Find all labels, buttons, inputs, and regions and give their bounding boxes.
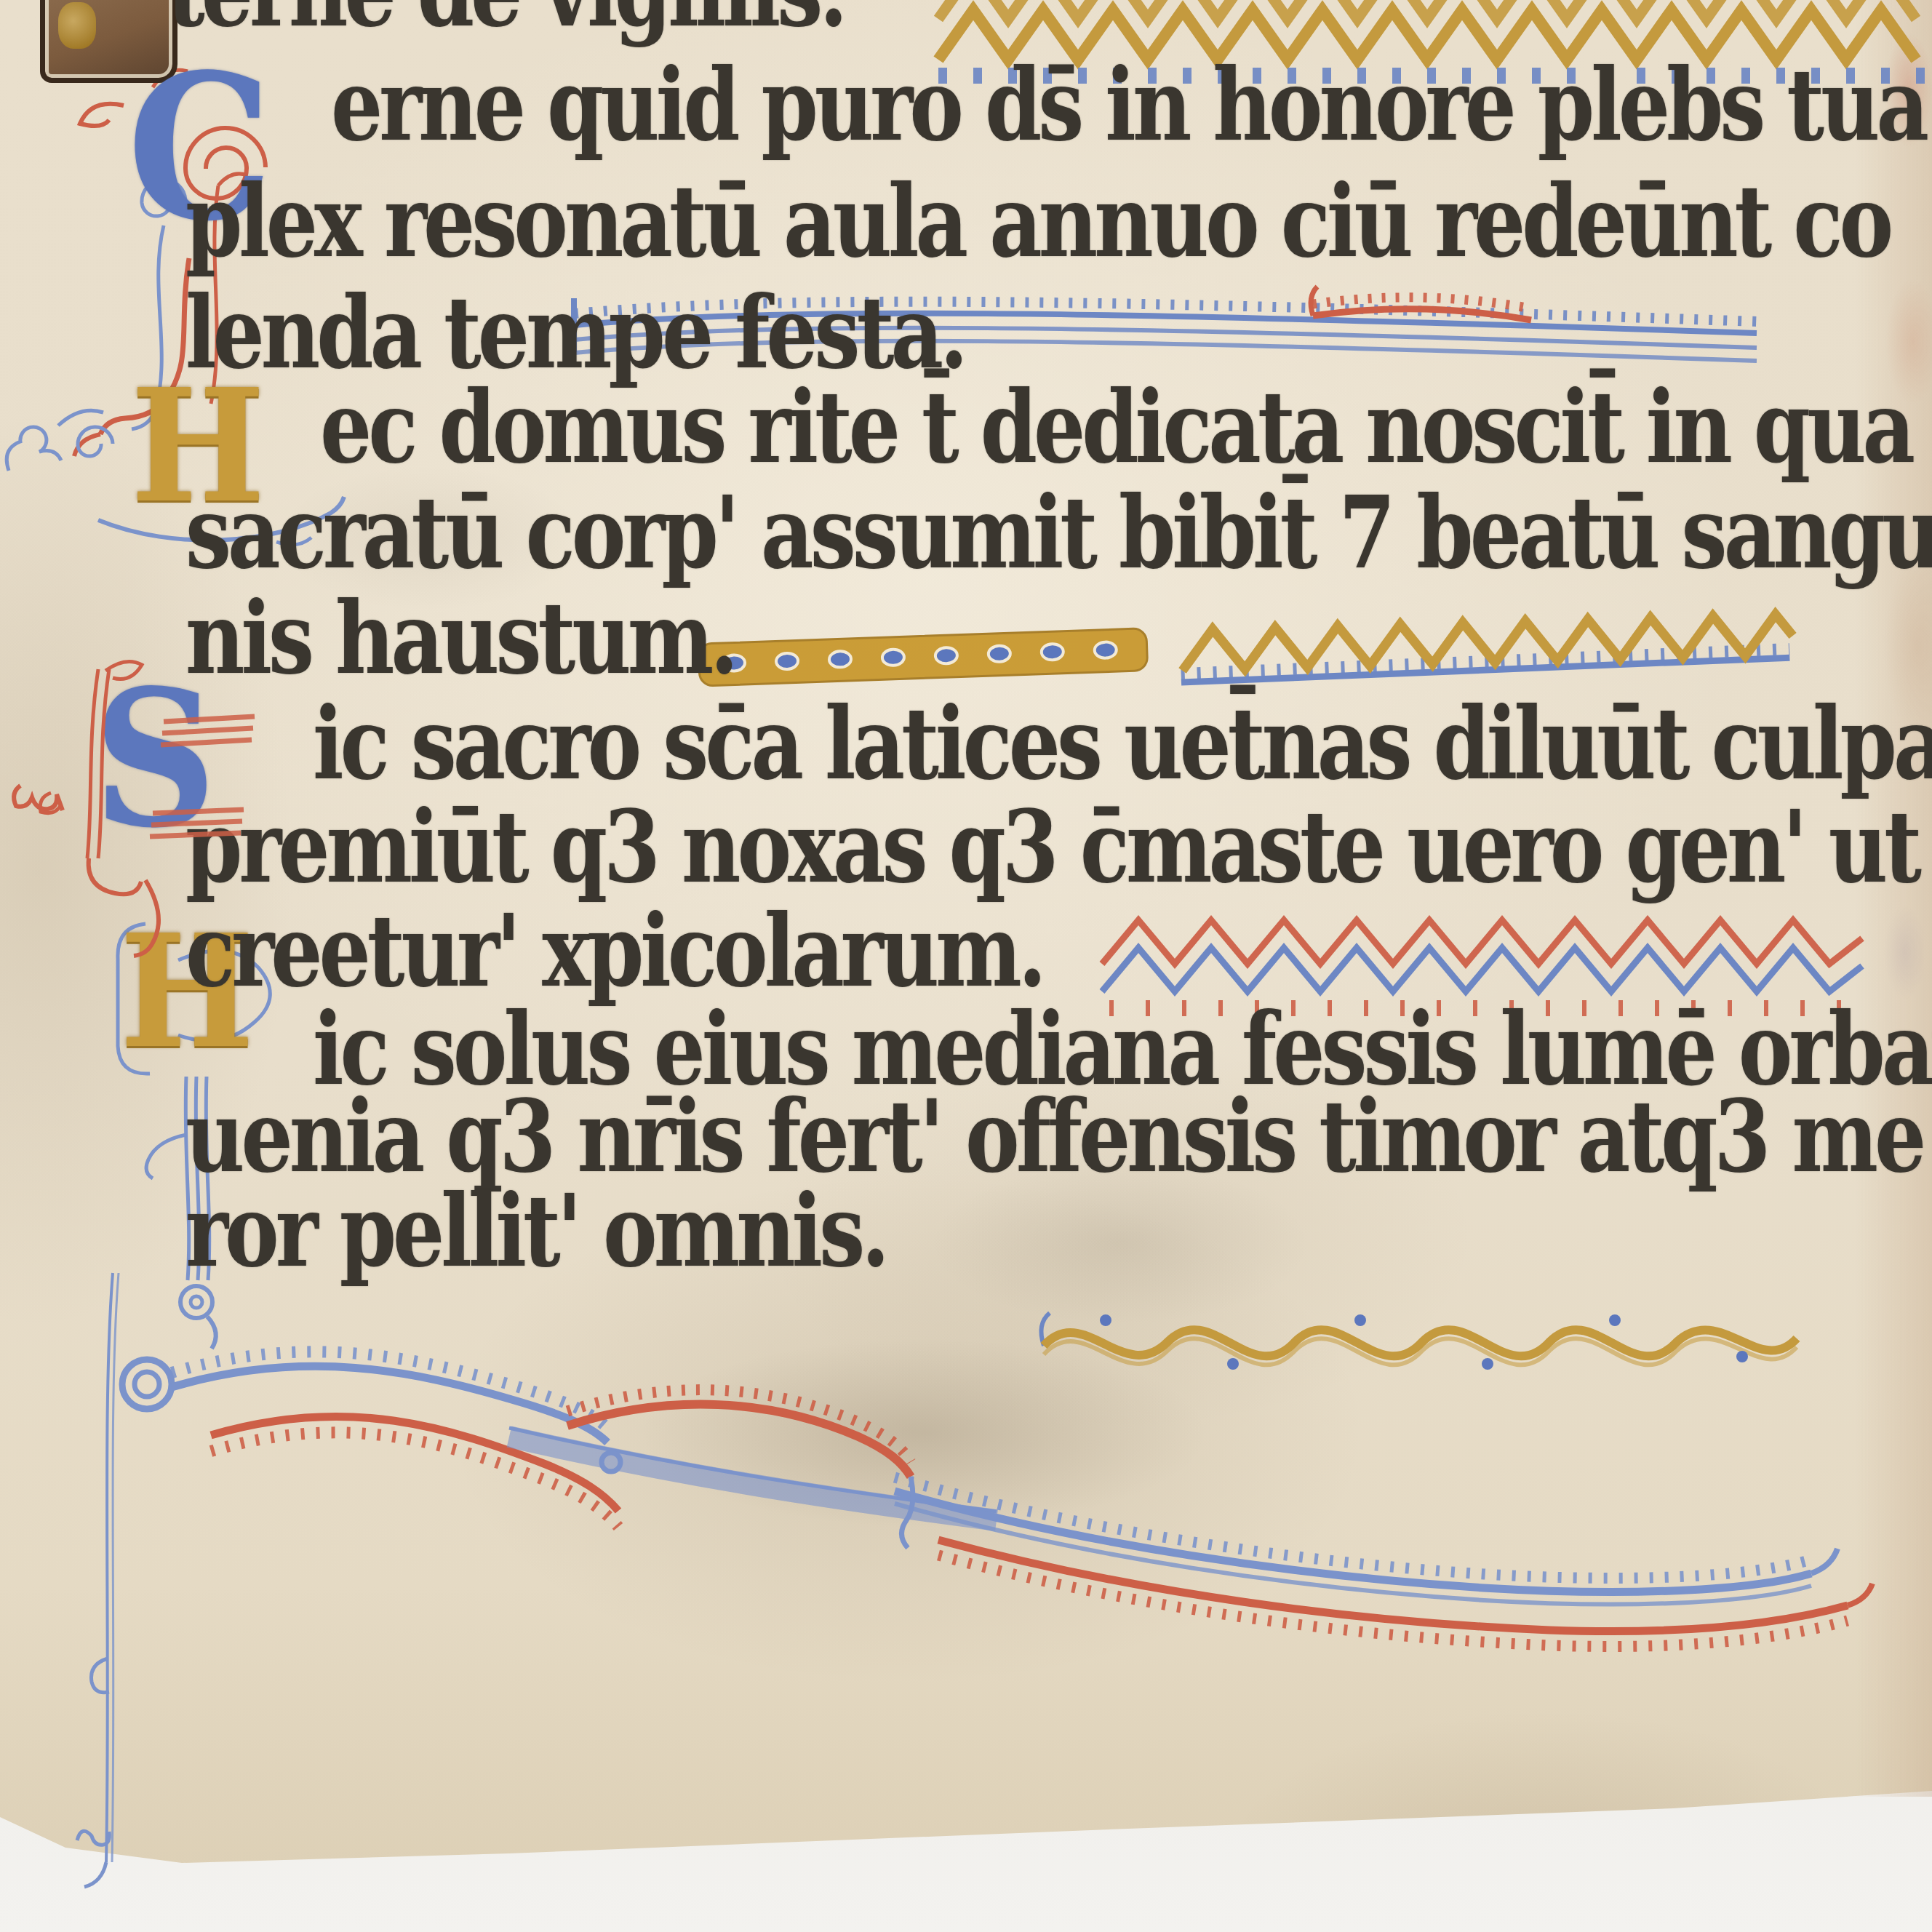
initial-s-penwork <box>36 640 313 953</box>
text-line: creetur' xpicolarum. <box>185 898 1043 1006</box>
text-line: sacratū corp' assumit bibit̄ 7 beatū san… <box>185 480 1932 588</box>
text-line: terne de vigiliis. <box>167 0 844 46</box>
margin-blue-swirl <box>0 404 95 484</box>
manuscript-photo: C H S H terne de vigiliis. erne quid pur… <box>0 0 1932 1932</box>
margin-ruling-line <box>73 1266 189 1891</box>
bottom-pen-flourish <box>102 1342 1899 1728</box>
text-line: erne quid puro ds̄ in honore plebs tua s… <box>331 52 1932 160</box>
text-line: ec domus rite t̄ dedicata noscit̄ in qua… <box>320 375 1932 482</box>
text-line: plex resonatū aula annuo ciū redeūnt co <box>185 169 1890 276</box>
gold-speck <box>58 2 96 49</box>
text-line: ic sacro sc̄a latices uet̄nas diluūt cul… <box>313 691 1932 799</box>
text-line: ror pellit' omnis. <box>185 1178 886 1286</box>
text-line: premiūt q3 noxas q3 c̄maste uero gen' ut <box>185 794 1918 902</box>
